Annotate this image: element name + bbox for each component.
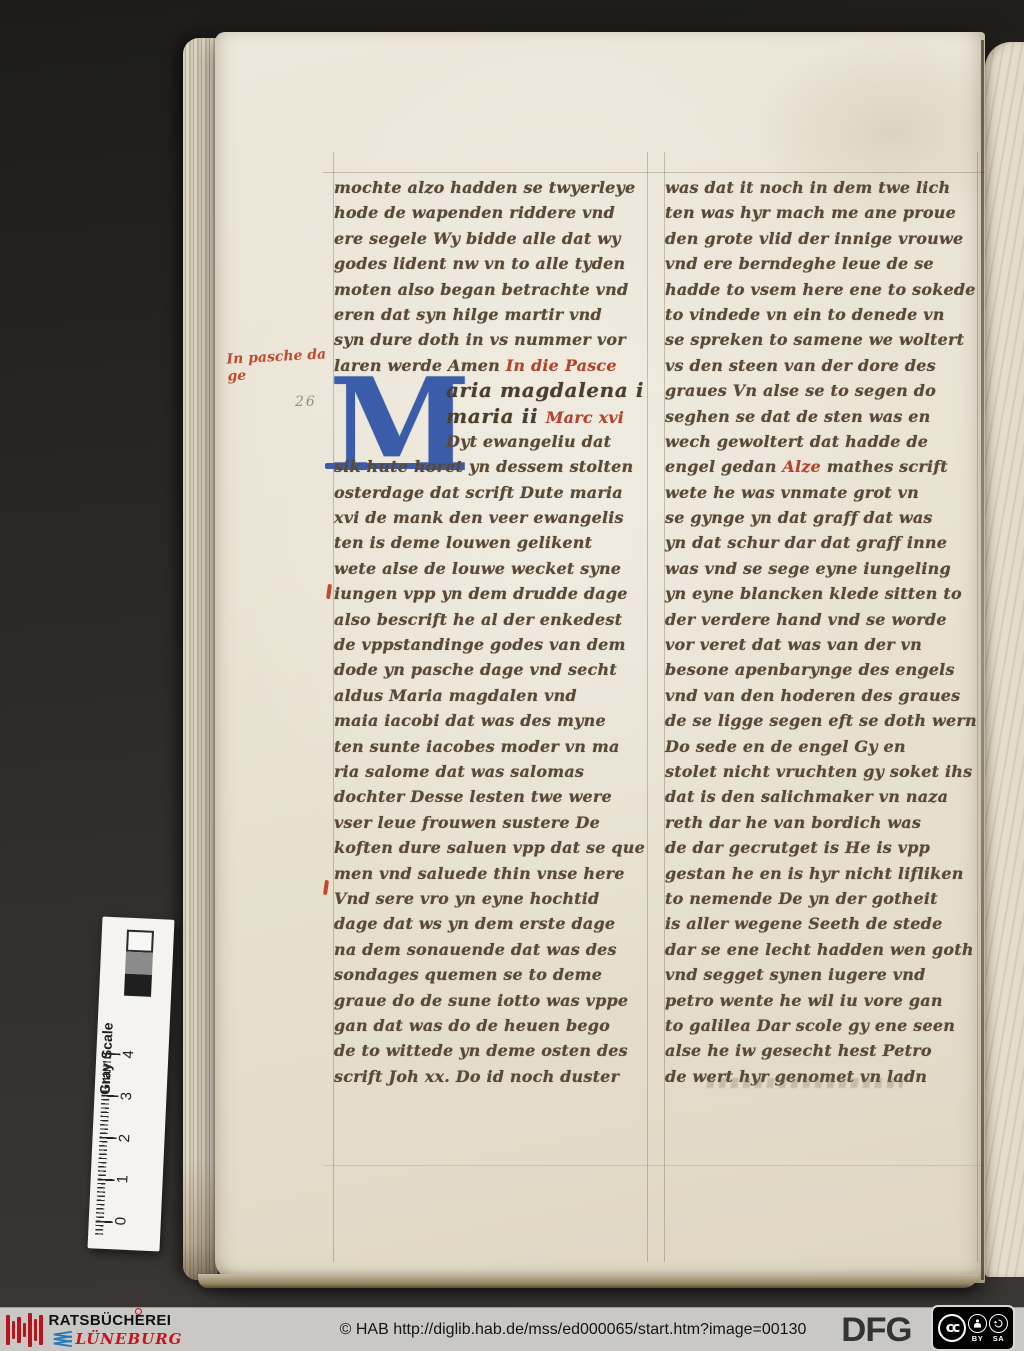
- page-stack-edge: [183, 38, 218, 1280]
- cc-sa-label: SA: [993, 1334, 1004, 1343]
- manuscript-line: de to wittede yn deme osten des: [334, 1038, 648, 1063]
- manuscript-line: de dar gecrutget is He is vpp: [665, 835, 979, 860]
- manuscript-line: vs den steen van der dore des: [665, 353, 979, 378]
- wave-icon: [49, 1330, 73, 1348]
- umlaut-ring-icon: [135, 1308, 142, 1315]
- digitized-manuscript-photo: In pasche da ge 26 M mochte alzo hadden …: [0, 0, 1024, 1351]
- manuscript-line: dat is den salichmaker vn naza: [665, 784, 979, 809]
- manuscript-line: koften dure saluen vpp dat se que: [334, 835, 648, 860]
- ruler-number: 0: [112, 1217, 129, 1226]
- manuscript-line: reth dar he van bordich was: [665, 810, 979, 835]
- manuscript-line: se spreken to samene we woltert: [665, 327, 979, 352]
- manuscript-line: Dyt ewangeliu dat: [446, 429, 648, 454]
- manuscript-line: de vppstandinge godes van dem: [334, 632, 648, 657]
- manuscript-line: was dat it noch in dem twe lich: [665, 175, 979, 200]
- manuscript-line: osterdage dat scrift Dute maria: [334, 480, 648, 505]
- cc-by-person-icon: [968, 1314, 987, 1333]
- manuscript-line: gan dat was do de heuen bego: [334, 1013, 648, 1038]
- manuscript-line: hode de wapenden riddere vnd: [334, 200, 648, 225]
- manuscript-line: besone apenbarynge des engels: [665, 657, 979, 682]
- manuscript-line: was vnd se sege eyne iungeling: [665, 556, 979, 581]
- manuscript-line: petro wente he wil iu vore gan: [665, 988, 979, 1013]
- manuscript-line: to vindede vn ein to denede vn: [665, 302, 979, 327]
- manuscript-page: In pasche da ge 26 M mochte alzo hadden …: [215, 32, 985, 1283]
- manuscript-line: gestan he en is hyr nicht lifliken: [665, 861, 979, 886]
- manuscript-line: vser leue frouwen sustere De: [334, 810, 648, 835]
- manuscript-line: graue do de sune iotto was vppe: [334, 988, 648, 1013]
- manuscript-line: iungen vpp yn dem drudde dage: [334, 581, 648, 606]
- manuscript-line: maria ii Marc xvi: [446, 404, 648, 429]
- ruler-number: 2: [116, 1133, 133, 1142]
- manuscript-line: moten also began betrachte vnd: [334, 277, 648, 302]
- manuscript-line: Vnd sere vro yn eyne hochtid: [334, 886, 648, 911]
- right-column-lines: was dat it noch in dem twe lichten was h…: [665, 175, 979, 1089]
- manuscript-line: ten is deme louwen gelikent: [334, 530, 648, 555]
- left-column-rest-lines: sik hute horet yn dessem stoltenosterdag…: [334, 454, 648, 1089]
- left-column-top-lines: mochte alzo hadden se twyerleyehode de w…: [334, 175, 648, 378]
- manuscript-line: ten was hyr mach me ane proue: [665, 200, 979, 225]
- ratsbuecherei-logo: RATSBÜCHEREI LÜNEBURG: [6, 1310, 183, 1350]
- grayscale-reference-card: Gray Scale 43210: [88, 917, 175, 1252]
- manuscript-line: maia iacobi dat was des myne: [334, 708, 648, 733]
- book-bottom-edge: [198, 1274, 978, 1288]
- manuscript-column-left: mochte alzo hadden se twyerleyehode de w…: [334, 175, 648, 1089]
- manuscript-line: sik hute horet yn dessem stolten: [334, 454, 648, 479]
- manuscript-line: yn eyne blancken klede sitten to: [665, 581, 979, 606]
- manuscript-line: also bescrift he al der enkedest: [334, 607, 648, 632]
- manuscript-line: stolet nicht vruchten gy soket ihs: [665, 759, 979, 784]
- manuscript-line: wech gewoltert dat hadde de: [665, 429, 979, 454]
- margin-rubric-note: In pasche da ge: [226, 346, 327, 385]
- grayscale-patch-black: [124, 974, 152, 997]
- manuscript-line: de se ligge segen eft se doth wern: [665, 708, 979, 733]
- manuscript-line: ten sunte iacobes moder vn ma: [334, 734, 648, 759]
- manuscript-line: Do sede en de engel Gy en: [665, 734, 979, 759]
- manuscript-line: eren dat syn hilge martir vnd: [334, 302, 648, 327]
- manuscript-line: to galilea Dar scole gy ene seen: [665, 1013, 979, 1038]
- ruling-line: [323, 1165, 991, 1166]
- manuscript-column-right: was dat it noch in dem twe lichten was h…: [665, 175, 979, 1089]
- manuscript-line: der verdere hand vnd se worde: [665, 607, 979, 632]
- viewer-footer-bar: RATSBÜCHEREI LÜNEBURG © HAB http://digli…: [0, 1307, 1024, 1351]
- left-column-indented-lines: aria magdalena imaria ii Marc xviDyt ewa…: [446, 378, 648, 454]
- manuscript-line: men vnd saluede thin vnse here: [334, 861, 648, 886]
- manuscript-line: godes lident nw vn to alle tyden: [334, 251, 648, 276]
- manuscript-line: vnd van den hoderen des graues: [665, 683, 979, 708]
- facing-page-edge: [985, 42, 1024, 1277]
- grayscale-patch-white: [126, 930, 154, 953]
- pencil-folio-number: 26: [295, 394, 317, 410]
- manuscript-line: wete he was vnmate grot vn: [665, 480, 979, 505]
- cc-icon: cc: [938, 1314, 966, 1342]
- manuscript-line: ere segele Wy bidde alle dat wy: [334, 226, 648, 251]
- manuscript-line: yn dat schur dar dat graff inne: [665, 530, 979, 555]
- copyright-url-text: © HAB http://diglib.hab.de/mss/ed000065/…: [340, 1321, 807, 1339]
- manuscript-line: graues Vn alse se to segen do: [665, 378, 979, 403]
- cc-sa-arrow-icon: [989, 1314, 1008, 1333]
- manuscript-line: dage dat ws yn dem erste dage: [334, 911, 648, 936]
- manuscript-line: syn dure doth in vs nummer vor: [334, 327, 648, 352]
- library-city: LÜNEBURG: [76, 1330, 183, 1348]
- manuscript-line: vor veret dat was van der vn: [665, 632, 979, 657]
- library-bars-icon: [6, 1310, 43, 1350]
- ink-showthrough: [706, 1078, 903, 1088]
- manuscript-line: wete alse de louwe wecket syne: [334, 556, 648, 581]
- manuscript-line: to nemende De yn der gotheit: [665, 886, 979, 911]
- manuscript-line: alse he iw gesecht hest Petro: [665, 1038, 979, 1063]
- manuscript-line: laren werde Amen In die Pasce: [334, 353, 648, 378]
- ruling-line: [323, 172, 991, 173]
- manuscript-line: aldus Maria magdalen vnd: [334, 683, 648, 708]
- manuscript-line: is aller wegene Seeth de stede: [665, 911, 979, 936]
- cc-by-label: BY: [972, 1334, 983, 1343]
- manuscript-line: se gynge yn dat graff dat was: [665, 505, 979, 530]
- manuscript-line: seghen se dat de sten was en: [665, 404, 979, 429]
- manuscript-line: dar se ene lecht hadden wen goth: [665, 937, 979, 962]
- page-gutter: [981, 40, 984, 1280]
- manuscript-line: dode yn pasche dage vnd secht: [334, 657, 648, 682]
- ruler-number: 1: [114, 1175, 131, 1184]
- manuscript-line: hadde to vsem here ene to sokede: [665, 277, 979, 302]
- manuscript-line: na dem sonauende dat was des: [334, 937, 648, 962]
- manuscript-line: vnd ere berndeghe leue de se: [665, 251, 979, 276]
- dfg-logo: DFG: [841, 1311, 911, 1350]
- manuscript-line: engel gedan Alze mathes scrift: [665, 454, 979, 479]
- manuscript-line: dochter Desse lesten twe were: [334, 784, 648, 809]
- grayscale-patch-gray: [125, 952, 153, 975]
- ruler-number: 4: [120, 1050, 137, 1059]
- rubric-paragraph-mark: [323, 880, 329, 895]
- manuscript-line: xvi de mank den veer ewangelis: [334, 505, 648, 530]
- rubric-paragraph-mark: [326, 584, 332, 599]
- library-name: RATSBÜCHEREI: [49, 1312, 183, 1329]
- manuscript-line: ria salome dat was salomas: [334, 759, 648, 784]
- cc-license-badge: cc BY SA: [931, 1305, 1015, 1351]
- ruler-number: 3: [118, 1092, 135, 1101]
- manuscript-line: sondages quemen se to deme: [334, 962, 648, 987]
- manuscript-line: vnd segget synen iugere vnd: [665, 962, 979, 987]
- manuscript-line: scrift Joh xx. Do id noch duster: [334, 1064, 648, 1089]
- manuscript-line: mochte alzo hadden se twyerleye: [334, 175, 648, 200]
- manuscript-line: den grote vlid der innige vrouwe: [665, 226, 979, 251]
- manuscript-line: aria magdalena i: [446, 378, 648, 403]
